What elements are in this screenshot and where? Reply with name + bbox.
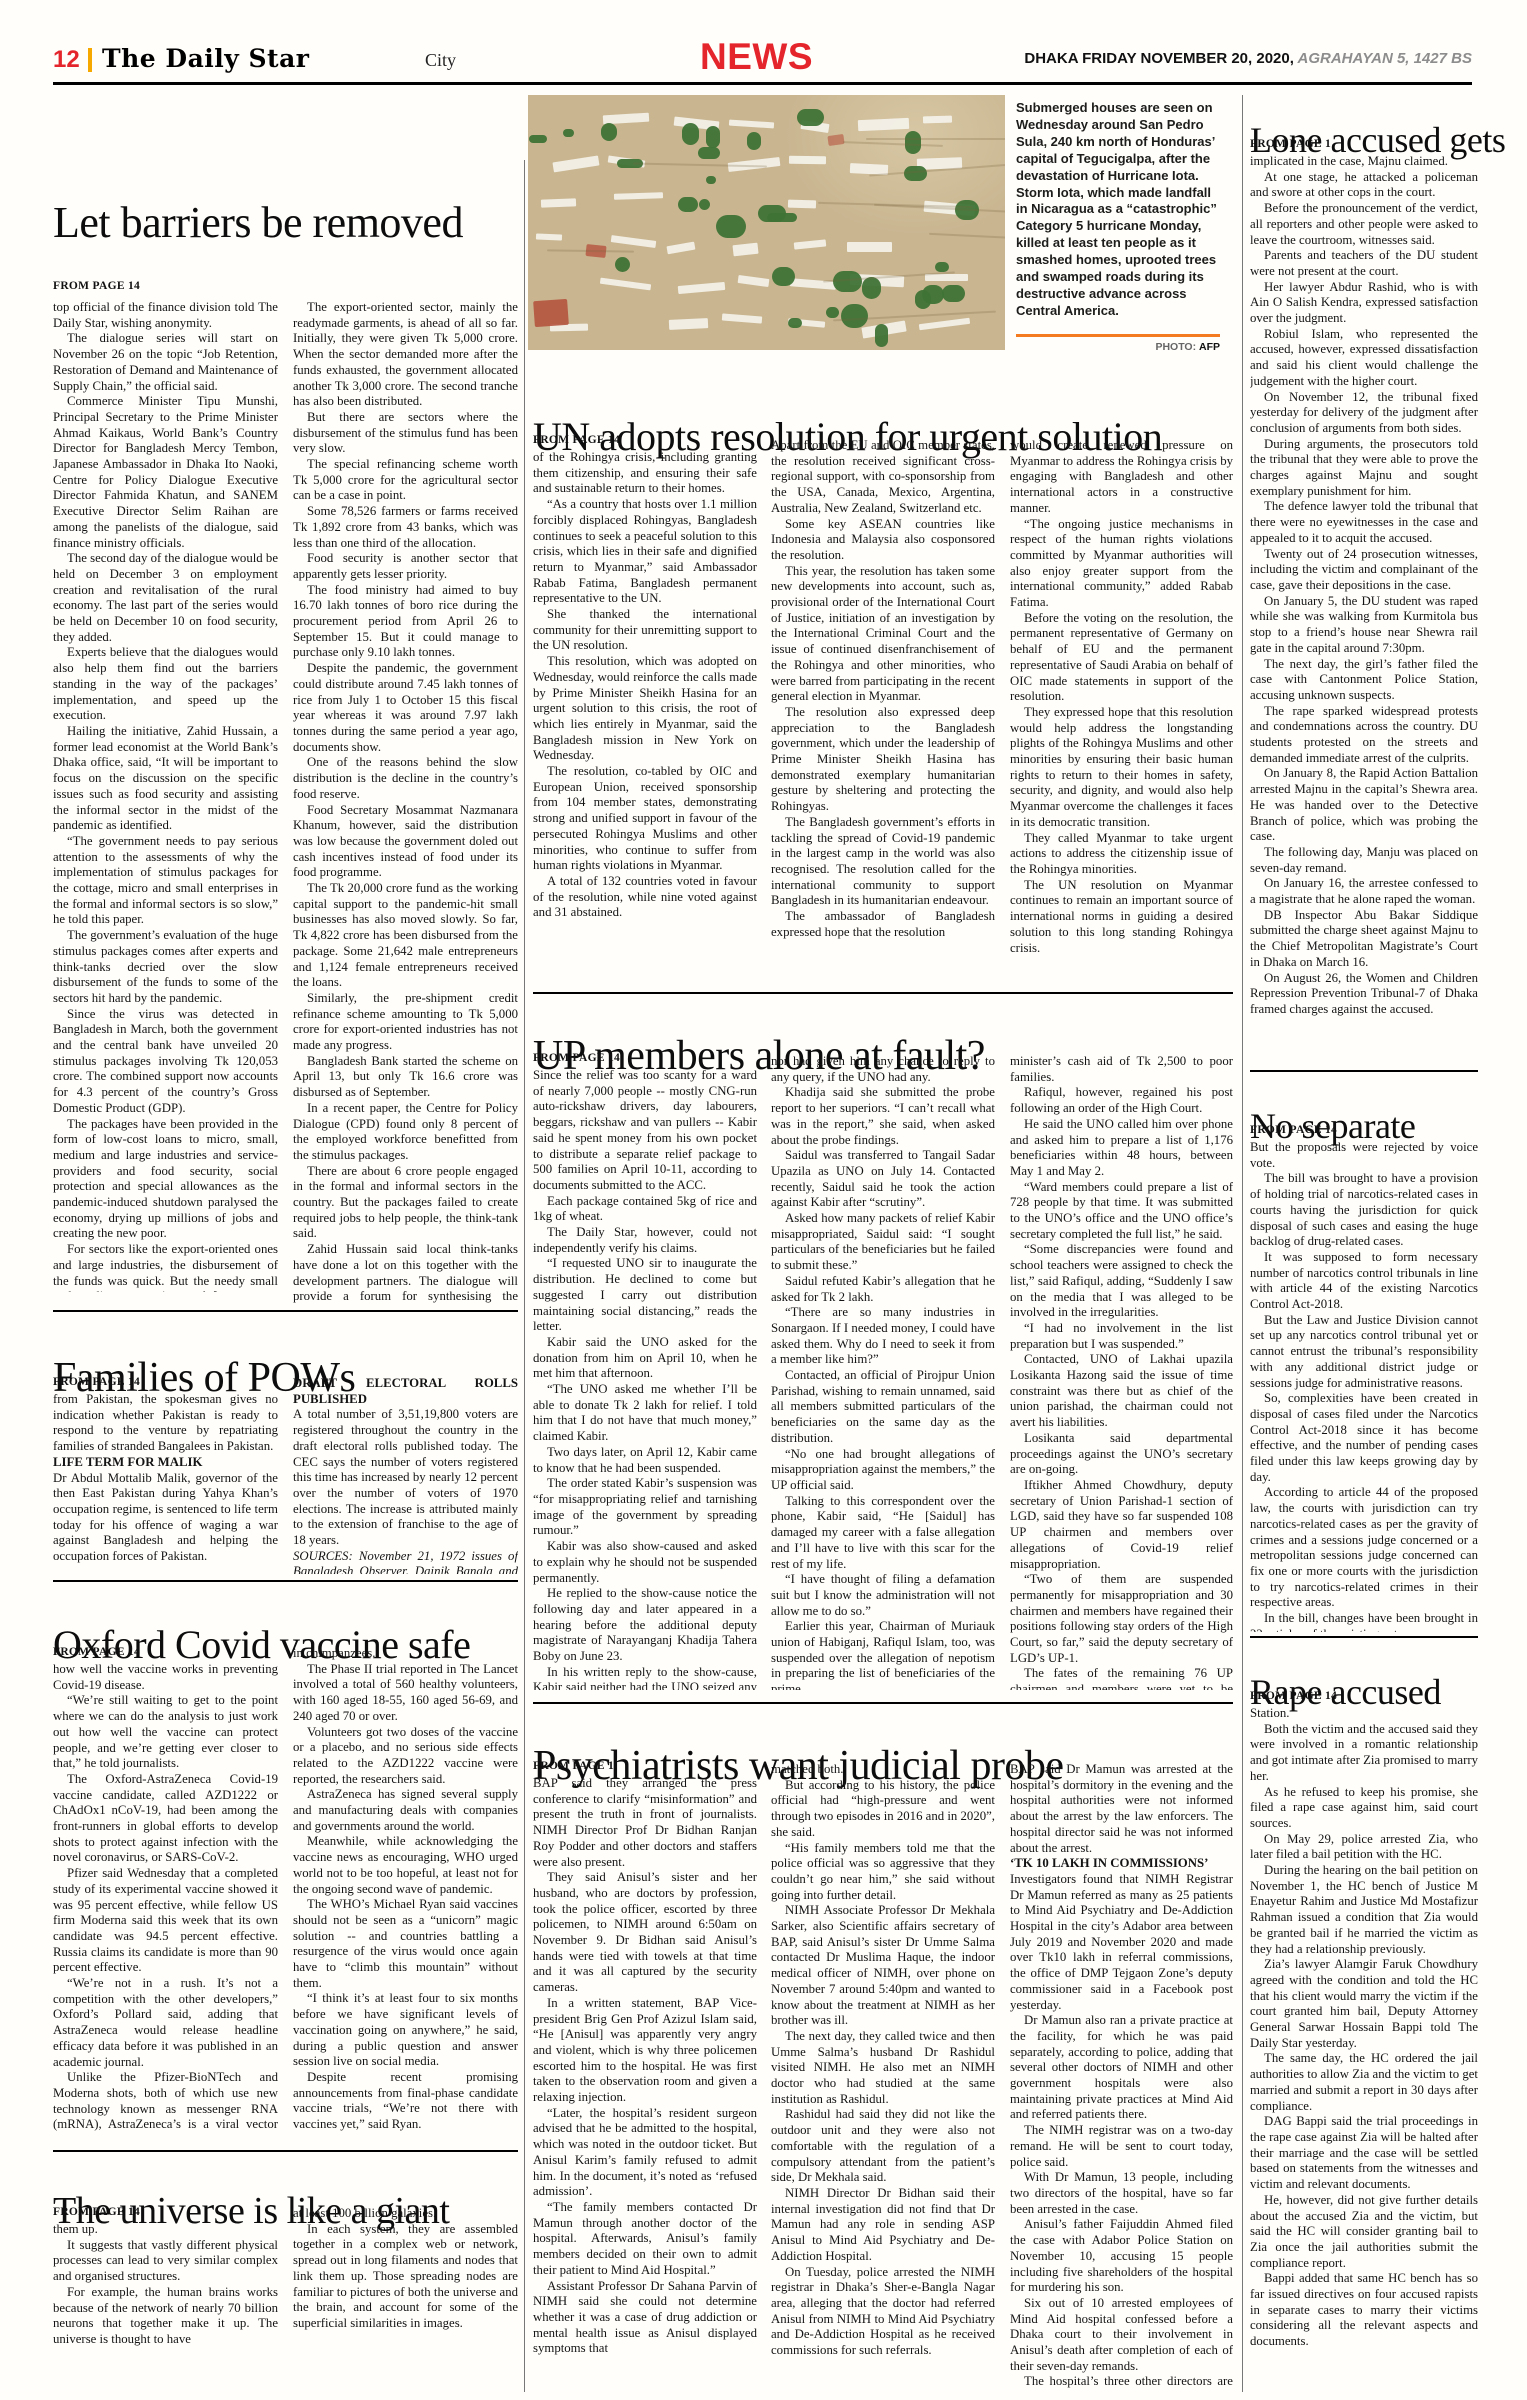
article-divider [533, 992, 1233, 994]
article-divider [1250, 1070, 1478, 1072]
photo-shape [758, 205, 785, 222]
article-column: BAP said Dr Mamun was arrested at the ho… [1010, 1762, 1233, 2390]
photo-shape [733, 243, 759, 256]
article-column: in chimpanzees.The Phase II trial report… [293, 1646, 518, 2132]
page-number: 12 [53, 46, 80, 74]
photo-shape [601, 123, 616, 141]
photo-shape [788, 318, 802, 328]
photo-shape [698, 147, 720, 159]
article-divider [53, 2150, 518, 2152]
photo-shape [729, 119, 774, 128]
photo-shape [611, 235, 656, 248]
photo-caption: Submerged houses are seen on Wednesday a… [1016, 100, 1220, 320]
kicker-separate: FROM PAGE 14 [1250, 1124, 1337, 1136]
article-column: The export-oriented sector, mainly the r… [293, 300, 518, 1304]
article-divider [53, 1580, 518, 1582]
photo-shape [706, 126, 721, 149]
article-column: But the proposals were rejected by voice… [1250, 1140, 1478, 1632]
article-column: Station.Both the victim and the accused … [1250, 1706, 1478, 2392]
photo-shape [722, 314, 763, 324]
newspaper-page: 12 The Daily Star City NEWS DHAKA FRIDAY… [0, 0, 1527, 2400]
photo-shape [747, 132, 761, 150]
photo-shape [669, 318, 709, 330]
photo-shape [919, 318, 970, 331]
flood-photo [528, 95, 1005, 350]
photo-shape [875, 324, 888, 347]
article-divider [1250, 1636, 1478, 1638]
kicker-universe: FROM PAGE 14 [53, 2206, 140, 2218]
section-label: City [425, 50, 456, 71]
kicker-psych: FROM PAGE 1 [533, 1760, 614, 1772]
photo-shape [615, 257, 630, 272]
photo-shape [716, 215, 745, 239]
photo-shape [666, 241, 695, 254]
article-column: Since the relief was too scanty for a wa… [533, 1068, 757, 1690]
photo-shape [772, 267, 795, 285]
article-column: at least 100 billion galaxies.In each sy… [293, 2206, 518, 2372]
article-column: DRAFT ELECTORAL ROLLS PUBLISHEDA total n… [293, 1376, 518, 1574]
kicker-barriers: FROM PAGE 14 [53, 280, 140, 292]
article-column: them up.It suggests that vastly differen… [53, 2222, 278, 2372]
photo-shape [536, 234, 562, 241]
caption-underline [1016, 334, 1220, 337]
article-column: Apart from the EU and OIC member states,… [771, 438, 995, 974]
kicker-un: FROM PAGE 14 [533, 434, 620, 446]
photo-shape [797, 109, 823, 126]
photo-shape [529, 135, 547, 143]
article-column: nor had given him any chance to reply to… [771, 1054, 995, 1690]
vertical-rule-right [1242, 95, 1243, 2392]
dateline-bangla: AGRAHAYAN 5, 1427 BS [1294, 50, 1472, 67]
photo-shape [841, 304, 868, 328]
photo-shape [682, 123, 699, 145]
photo-credit: PHOTO: AFP [1016, 341, 1220, 353]
article-column: BAP said they arranged the press confere… [533, 1776, 757, 2390]
article-divider [533, 1702, 1233, 1704]
article-divider [53, 1310, 518, 1312]
kicker-up: FROM PAGE 14 [533, 1052, 620, 1064]
section-banner: NEWS [700, 36, 813, 78]
photo-shape [866, 138, 1005, 140]
photo-shape [788, 199, 817, 208]
article-column: top official of the finance division tol… [53, 300, 278, 1292]
article-column: would create renewed pressure on Myanmar… [1010, 438, 1233, 974]
photo-shape [789, 156, 826, 164]
photo-shape [699, 199, 710, 211]
article-column: minister’s cash aid of Tk 2,500 to poor … [1010, 1054, 1233, 1690]
kicker-families: FROM PAGE 14 [53, 1376, 140, 1388]
photo-shape [600, 277, 651, 290]
photo-shape [942, 285, 965, 302]
photo-shape [706, 176, 716, 184]
photo-shape [678, 282, 725, 294]
photo-shape [614, 192, 663, 200]
photo-shape [533, 299, 569, 327]
dateline: DHAKA FRIDAY NOVEMBER 20, 2020, AGRAHAYA… [960, 50, 1472, 67]
headline-barriers: Let barriers be removed [53, 201, 463, 245]
photo-shape [552, 155, 599, 172]
kicker-oxford: FROM PAGE 14 [53, 1646, 140, 1658]
photo-shape [915, 290, 932, 309]
vertical-rule-left [524, 160, 525, 2392]
photo-shape [923, 115, 952, 123]
article-column: from Pakistan, the spokesman gives no in… [53, 1392, 278, 1574]
article-column: matched both.But according to his histor… [771, 1762, 995, 2390]
photo-shape [862, 277, 881, 299]
photo-shape [737, 275, 769, 287]
photo-shape [826, 307, 839, 318]
photo-shape [678, 197, 698, 213]
photo-shape [905, 131, 921, 154]
article-column: of the Rohingya crisis, including granti… [533, 450, 757, 974]
article-column: implicated in the case, Majnu claimed.At… [1250, 154, 1478, 1066]
kicker-rape: FROM PAGE 14 [1250, 1690, 1337, 1702]
masthead-divider-bar [88, 48, 92, 72]
article-column: how well the vaccine works in preventing… [53, 1662, 278, 2132]
photo-shape [794, 239, 827, 249]
masthead-rule [53, 82, 1472, 85]
photo-shape [847, 242, 892, 252]
paper-logo: The Daily Star [102, 44, 309, 73]
photo-shape [563, 129, 575, 137]
photo-shape [540, 199, 575, 208]
dateline-gregorian: DHAKA FRIDAY NOVEMBER 20, 2020, [1024, 50, 1294, 67]
kicker-lone: FROM PAGE 1 [1250, 138, 1331, 150]
photo-shape [935, 262, 949, 272]
